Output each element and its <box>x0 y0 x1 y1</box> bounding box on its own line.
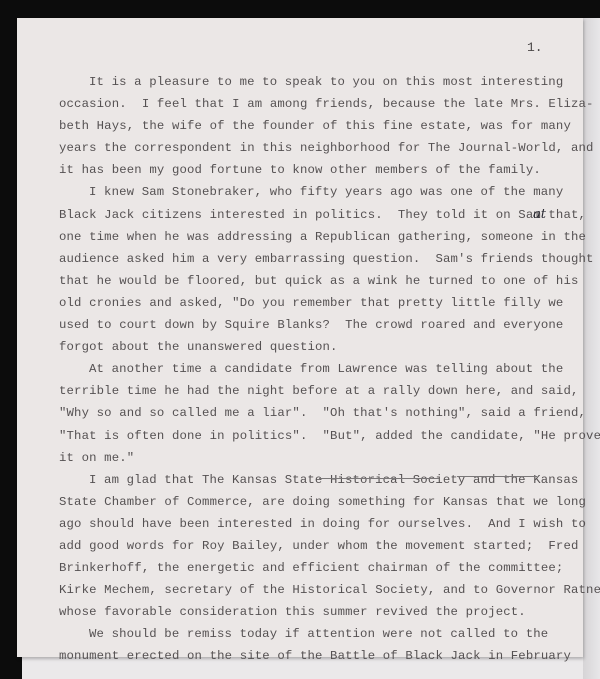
page-number: 1. <box>527 40 543 55</box>
text-line: forgot about the unanswered question. <box>59 336 559 358</box>
text-line: used to court down by Squire Blanks? The… <box>59 314 559 336</box>
pencil-underline-mark <box>457 476 537 477</box>
text-line: one time when he was addressing a Republ… <box>59 226 559 248</box>
handwritten-insert-at: at <box>533 207 546 222</box>
text-line: Black Jack citizens interested in politi… <box>59 204 559 226</box>
text-line: old cronies and asked, "Do you remember … <box>59 292 559 314</box>
text-line: Kirke Mechem, secretary of the Historica… <box>59 579 559 601</box>
text-line: We should be remiss today if attention w… <box>59 623 559 645</box>
text-line: monument erected on the site of the Batt… <box>59 645 559 667</box>
text-line: beth Hays, the wife of the founder of th… <box>59 115 559 137</box>
text-line: "That is often done in politics". "But",… <box>59 425 559 447</box>
pencil-underline-mark <box>319 478 439 479</box>
text-line: terrible time he had the night before at… <box>59 380 559 402</box>
text-line: I knew Sam Stonebraker, who fifty years … <box>59 181 559 203</box>
text-line: "Why so and so called me a liar". "Oh th… <box>59 402 559 424</box>
background-edge <box>583 18 600 679</box>
text-line: Brinkerhoff, the energetic and efficient… <box>59 557 559 579</box>
typewritten-page: 1. It is a pleasure to me to speak to yo… <box>17 18 583 657</box>
text-line: it has been my good fortune to know othe… <box>59 159 559 181</box>
document-body: It is a pleasure to me to speak to you o… <box>59 71 559 668</box>
text-line: it on me." <box>59 447 559 469</box>
text-line: add good words for Roy Bailey, under who… <box>59 535 559 557</box>
text-line: State Chamber of Commerce, are doing som… <box>59 491 559 513</box>
text-line: whose favorable consideration this summe… <box>59 601 559 623</box>
text-line: audience asked him a very embarrassing q… <box>59 248 559 270</box>
text-line: occasion. I feel that I am among friends… <box>59 93 559 115</box>
text-line: I am glad that The Kansas State Historic… <box>59 469 559 491</box>
text-line: It is a pleasure to me to speak to you o… <box>59 71 559 93</box>
text-line: At another time a candidate from Lawrenc… <box>59 358 559 380</box>
text-line: years the correspondent in this neighbor… <box>59 137 559 159</box>
text-line: that he would be floored, but quick as a… <box>59 270 559 292</box>
text-line: ago should have been interested in doing… <box>59 513 559 535</box>
